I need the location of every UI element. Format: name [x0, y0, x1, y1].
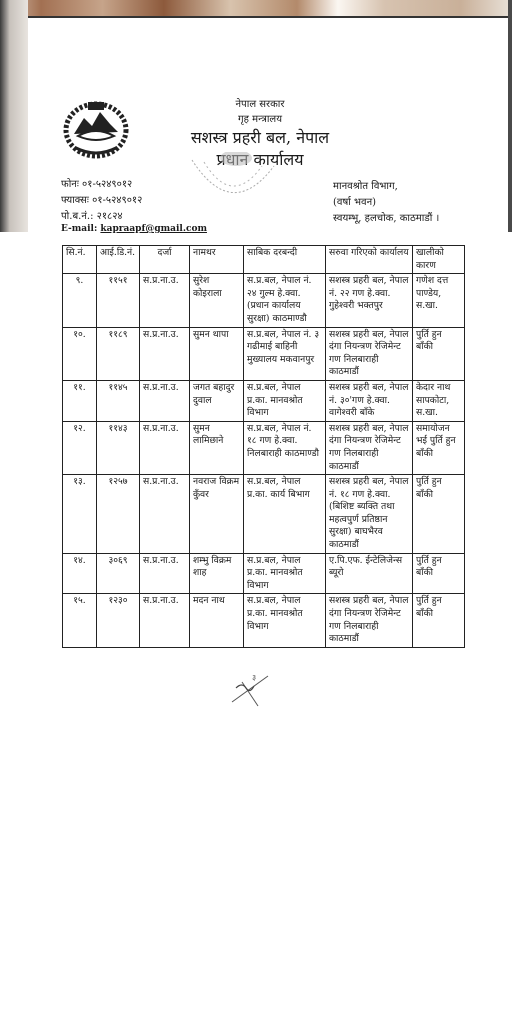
email-line: E-mail: kapraapf@gmail.com	[61, 224, 207, 234]
org-title: सशस्त्र प्रहरी बल, नेपाल	[150, 126, 370, 148]
cell-name: सुरेश कोइराला	[190, 274, 244, 327]
table-row: १५.१२३०स.प्र.ना.उ.मदन नाथस.प्र.बल, नेपाल…	[63, 594, 465, 647]
email-link[interactable]: kapraapf@gmail.com	[100, 224, 207, 234]
table-row: ११.११४५स.प्र.ना.उ.जगत बहादुर दुवालस.प्र.…	[63, 380, 465, 421]
table-row: १३.१२५७स.प्र.ना.उ.नवराज विक्रम कुँवरस.प्…	[63, 475, 465, 554]
cell-id: ३०६९	[97, 553, 140, 594]
cell-rank: स.प्र.ना.उ.	[140, 594, 190, 647]
nepal-emblem-icon	[62, 96, 130, 160]
cell-vacancy-reason: समायोजन भई पुर्ति हुन बाँकी	[413, 421, 465, 474]
cell-transferred-office: सशस्त्र प्रहरी बल, नेपाल दंगा नियन्त्रण …	[326, 421, 413, 474]
address-location: स्वयम्भू, हलचोक, काठमाडौं ।	[333, 210, 439, 224]
cell-transferred-office: ए.पि.एफ. ईन्टेलिजेन्स ब्यूरो	[326, 553, 413, 594]
email-label: E-mail:	[61, 224, 100, 234]
cell-transferred-office: सशस्त्र प्रहरी बल, नेपाल नं. २२ गण हे.क्…	[326, 274, 413, 327]
cell-previous-post: स.प्र.बल, नेपाल नं. १८ गण हे.क्वा. निलबा…	[244, 421, 326, 474]
cell-id: ११५१	[97, 274, 140, 327]
cell-serial: १२.	[63, 421, 97, 474]
cell-name: सुमन थापा	[190, 327, 244, 380]
cell-id: ११८९	[97, 327, 140, 380]
cell-serial: १३.	[63, 475, 97, 554]
po-box: पो.ब.नं.: २१८२४	[61, 208, 123, 222]
table-row: ९.११५१स.प्र.ना.उ.सुरेश कोइरालास.प्र.बल, …	[63, 274, 465, 327]
cell-name: मदन नाथ	[190, 594, 244, 647]
col-serial: सि.नं.	[63, 246, 97, 274]
transfer-table: सि.नं. आई.डि.नं. दर्जा नामथर साबिक दरबन्…	[62, 245, 465, 648]
scan-edge-right	[508, 0, 512, 232]
col-id: आई.डि.नं.	[97, 246, 140, 274]
table-header-row: सि.नं. आई.डि.नं. दर्जा नामथर साबिक दरबन्…	[63, 246, 465, 274]
address-building: (वर्षा भवन)	[333, 194, 376, 208]
cell-serial: १०.	[63, 327, 97, 380]
cell-previous-post: स.प्र.बल, नेपाल नं. २४ गुल्म हे.क्वा. (प…	[244, 274, 326, 327]
table-row: १२.११४३स.प्र.ना.उ.सुमन लामिछानेस.प्र.बल,…	[63, 421, 465, 474]
col-previous-post: साबिक दरबन्दी	[244, 246, 326, 274]
cell-rank: स.प्र.ना.उ.	[140, 421, 190, 474]
cell-name: सुमन लामिछाने	[190, 421, 244, 474]
cell-serial: ९.	[63, 274, 97, 327]
cell-vacancy-reason: पुर्ति हुन बाँकी	[413, 594, 465, 647]
cell-previous-post: स.प्र.बल, नेपाल प्र.का. कार्य बिभाग	[244, 475, 326, 554]
cell-serial: १४.	[63, 553, 97, 594]
cell-serial: १५.	[63, 594, 97, 647]
col-transferred-office: सरुवा गरिएको कार्यालय	[326, 246, 413, 274]
cell-rank: स.प्र.ना.उ.	[140, 475, 190, 554]
cell-rank: स.प्र.ना.उ.	[140, 553, 190, 594]
cell-id: १२३०	[97, 594, 140, 647]
cell-rank: स.प्र.ना.उ.	[140, 274, 190, 327]
phone-number: फोनः ०१-५२४९०१२	[61, 176, 132, 190]
cell-serial: ११.	[63, 380, 97, 421]
cell-previous-post: स.प्र.बल, नेपाल प्र.का. मानवश्रोत विभाग	[244, 380, 326, 421]
cell-previous-post: स.प्र.बल, नेपाल प्र.का. मानवश्रोत विभाग	[244, 553, 326, 594]
cell-vacancy-reason: पुर्ति हुन बाँकी	[413, 475, 465, 554]
cell-rank: स.प्र.ना.उ.	[140, 327, 190, 380]
cell-previous-post: स.प्र.बल, नेपाल प्र.का. मानवश्रोत विभाग	[244, 594, 326, 647]
cell-id: ११४५	[97, 380, 140, 421]
cell-transferred-office: सशस्त्र प्रहरी बल, नेपाल दंगा नियन्त्रण …	[326, 327, 413, 380]
page-number: ३	[252, 672, 256, 683]
cell-vacancy-reason: गणेश दत्त पाण्डेय, स.खा.	[413, 274, 465, 327]
address-department: मानवश्रोत विभाग,	[333, 178, 398, 192]
cell-vacancy-reason: केदार नाथ सापकोटा, स.खा.	[413, 380, 465, 421]
scan-edge-left	[0, 0, 28, 232]
cell-previous-post: स.प्र.बल, नेपाल नं. ३ गढीमाई बाहिनी मुख्…	[244, 327, 326, 380]
cell-name: शम्भु विक्रम शाह	[190, 553, 244, 594]
table-row: १४.३०६९स.प्र.ना.उ.शम्भु विक्रम शाहस.प्र.…	[63, 553, 465, 594]
cell-name: नवराज विक्रम कुँवर	[190, 475, 244, 554]
col-vacancy-reason: खालीको कारण	[413, 246, 465, 274]
cell-id: ११४३	[97, 421, 140, 474]
cell-name: जगत बहादुर दुवाल	[190, 380, 244, 421]
ministry-title: गृह मन्त्रालय	[150, 111, 370, 125]
cell-transferred-office: सशस्त्र प्रहरी बल, नेपाल नं. ३०'गण हे.क्…	[326, 380, 413, 421]
col-rank: दर्जा	[140, 246, 190, 274]
cell-vacancy-reason: पुर्ति हुन बाँकी	[413, 553, 465, 594]
col-name: नामथर	[190, 246, 244, 274]
cell-id: १२५७	[97, 475, 140, 554]
cell-rank: स.प्र.ना.उ.	[140, 380, 190, 421]
table-row: १०.११८९स.प्र.ना.उ.सुमन थापास.प्र.बल, नेप…	[63, 327, 465, 380]
cell-vacancy-reason: पुर्ति हुन बाँकी	[413, 327, 465, 380]
fax-number: फ्याक्सः ०१-५२४९०१२	[61, 192, 142, 206]
scan-edge-line	[28, 16, 510, 18]
cell-transferred-office: सशस्त्र प्रहरी बल, नेपाल नं. १८ गण हे.क्…	[326, 475, 413, 554]
office-stamp-icon	[186, 152, 278, 224]
cell-transferred-office: सशस्त्र प्रहरी बल, नेपाल दंगा नियन्त्रण …	[326, 594, 413, 647]
govt-title: नेपाल सरकार	[150, 96, 370, 110]
